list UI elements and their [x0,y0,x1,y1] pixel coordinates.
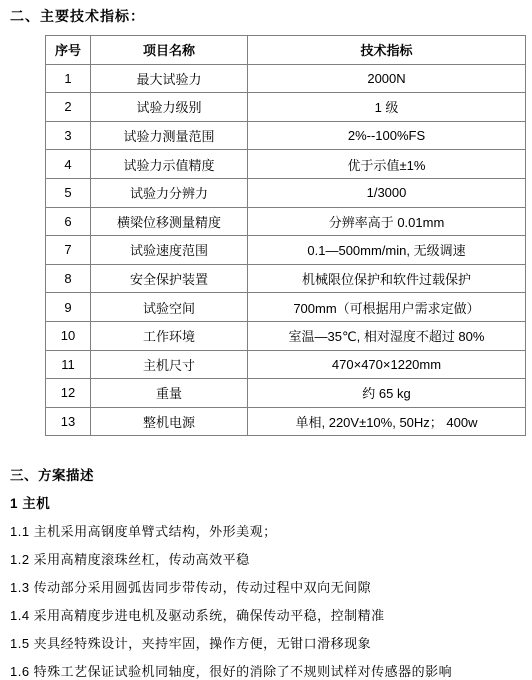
row-item-name: 试验力分辨力 [91,178,248,207]
spec-table: 序号 项目名称 技术指标 1 最大试验力 2000N 2 试验力级别 1 级 3… [45,35,526,436]
col-header-index: 序号 [46,36,91,65]
row-tech-spec: 2000N [248,64,526,93]
subsection-heading-main-machine: 1 主机 [10,488,527,516]
row-item-name: 主机尺寸 [91,350,248,379]
row-item-name: 重量 [91,379,248,408]
row-tech-spec: 470×470×1220mm [248,350,526,379]
table-row: 1 最大试验力 2000N [46,64,526,93]
row-tech-spec: 分辨率高于 0.01mm [248,207,526,236]
row-item-name: 最大试验力 [91,64,248,93]
section-heading-scheme-description: 三、方案描述 [10,460,527,488]
table-row: 4 试验力示值精度 优于示值±1% [46,150,526,179]
table-row: 5 试验力分辨力 1/3000 [46,178,526,207]
row-item-name: 工作环境 [91,321,248,350]
row-index: 5 [46,178,91,207]
row-item-name: 安全保护装置 [91,264,248,293]
table-row: 8 安全保护装置 机械限位保护和软件过载保护 [46,264,526,293]
row-index: 13 [46,407,91,436]
table-row: 10 工作环境 室温—35℃, 相对湿度不超过 80% [46,321,526,350]
description-section: 三、方案描述 1 主机 1.1 主机采用高钢度单臂式结构，外形美观； 1.2 采… [10,460,527,680]
row-item-name: 试验速度范围 [91,236,248,265]
table-row: 6 横梁位移测量精度 分辨率高于 0.01mm [46,207,526,236]
section-heading-main-indicators: 二、主要技术指标： [10,7,527,25]
row-index: 6 [46,207,91,236]
paragraph-1-5: 1.5 夹具经特殊设计，夹持牢固，操作方便，无钳口滑移现象 [10,628,527,656]
row-tech-spec: 约 65 kg [248,379,526,408]
row-tech-spec: 机械限位保护和软件过载保护 [248,264,526,293]
row-tech-spec: 1 级 [248,93,526,122]
document-page: 二、主要技术指标： 序号 项目名称 技术指标 1 最大试验力 2000N 2 试… [0,0,532,680]
paragraph-1-1: 1.1 主机采用高钢度单臂式结构，外形美观； [10,516,527,544]
row-tech-spec: 优于示值±1% [248,150,526,179]
row-item-name: 横梁位移测量精度 [91,207,248,236]
row-index: 8 [46,264,91,293]
col-header-item-name: 项目名称 [91,36,248,65]
row-tech-spec: 1/3000 [248,178,526,207]
paragraph-1-3: 1.3 传动部分采用圆弧齿同步带传动，传动过程中双向无间隙 [10,572,527,600]
col-header-tech-spec: 技术指标 [248,36,526,65]
table-row: 12 重量 约 65 kg [46,379,526,408]
row-index: 12 [46,379,91,408]
table-row: 3 试验力测量范围 2%--100%FS [46,121,526,150]
row-index: 10 [46,321,91,350]
table-row: 7 试验速度范围 0.1—500mm/min, 无级调速 [46,236,526,265]
row-index: 3 [46,121,91,150]
row-index: 4 [46,150,91,179]
table-row: 13 整机电源 单相, 220V±10%, 50Hz； 400w [46,407,526,436]
row-item-name: 整机电源 [91,407,248,436]
row-index: 9 [46,293,91,322]
paragraph-1-4: 1.4 采用高精度步进电机及驱动系统，确保传动平稳，控制精准 [10,600,527,628]
table-row: 9 试验空间 700mm（可根据用户需求定做） [46,293,526,322]
row-index: 1 [46,64,91,93]
row-tech-spec: 单相, 220V±10%, 50Hz； 400w [248,407,526,436]
row-tech-spec: 2%--100%FS [248,121,526,150]
paragraph-1-6: 1.6 特殊工艺保证试验机同轴度，很好的消除了不规则试样对传感器的影响 [10,656,527,680]
row-tech-spec: 700mm（可根据用户需求定做） [248,293,526,322]
row-index: 2 [46,93,91,122]
spec-table-header-row: 序号 项目名称 技术指标 [46,36,526,65]
row-index: 7 [46,236,91,265]
row-item-name: 试验力测量范围 [91,121,248,150]
row-item-name: 试验力级别 [91,93,248,122]
table-row: 2 试验力级别 1 级 [46,93,526,122]
row-index: 11 [46,350,91,379]
paragraph-1-2: 1.2 采用高精度滚珠丝杠，传动高效平稳 [10,544,527,572]
table-row: 11 主机尺寸 470×470×1220mm [46,350,526,379]
row-tech-spec: 0.1—500mm/min, 无级调速 [248,236,526,265]
row-item-name: 试验空间 [91,293,248,322]
row-item-name: 试验力示值精度 [91,150,248,179]
row-tech-spec: 室温—35℃, 相对湿度不超过 80% [248,321,526,350]
